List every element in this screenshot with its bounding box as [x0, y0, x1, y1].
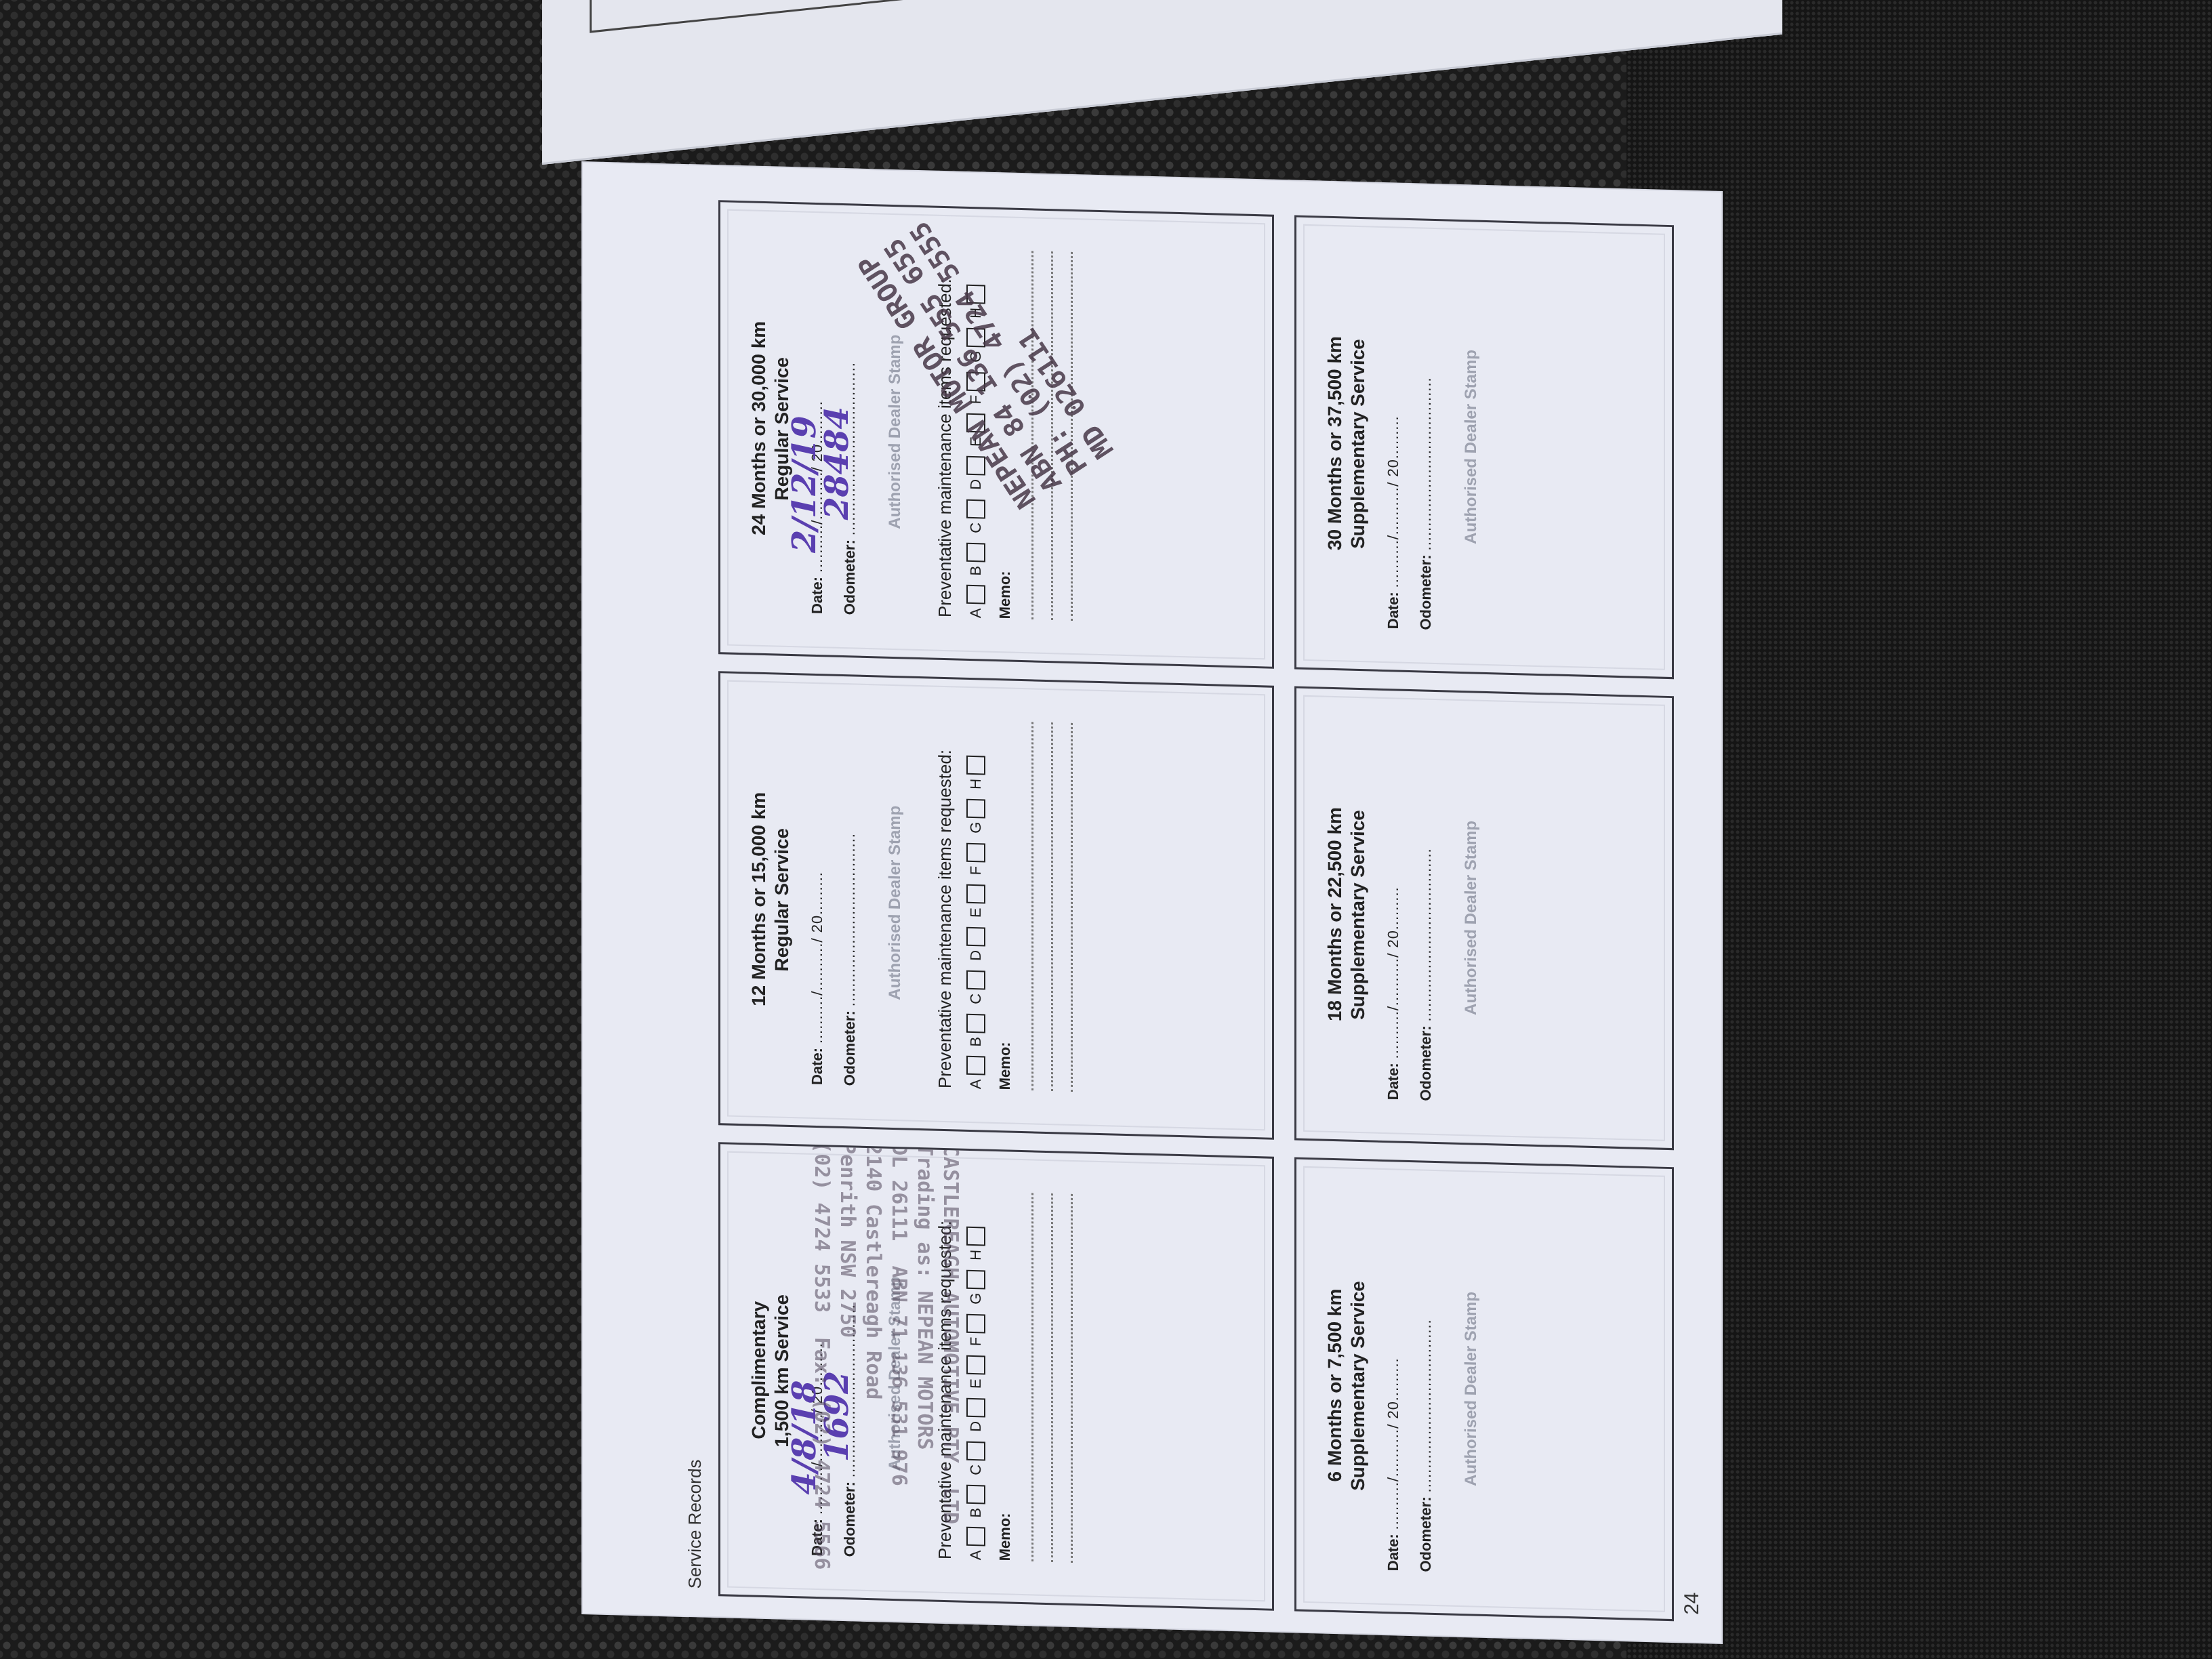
- checkbox-a[interactable]: [966, 1527, 985, 1547]
- pm-item-label: G: [967, 350, 985, 363]
- date-field[interactable]: Date: ........../........../ 20.........: [1385, 691, 1402, 1101]
- checkbox-e[interactable]: [966, 1355, 985, 1375]
- pm-item-label: C: [967, 523, 985, 534]
- odometer-blank: ....................................: [841, 833, 858, 1007]
- date-label: Date:: [1385, 588, 1401, 630]
- service-card-12-months: 12 Months or 15,000 kmRegular ServiceDat…: [718, 671, 1274, 1139]
- pm-checkboxes: ABCDEFGH: [966, 680, 985, 1090]
- pm-item-label: D: [967, 479, 985, 491]
- pm-item-label: H: [967, 779, 985, 790]
- service-card-6-months: 6 Months or 7,500 kmSupplementary Servic…: [1294, 1157, 1674, 1621]
- pm-item-label: A: [967, 1079, 985, 1089]
- checkbox-h[interactable]: [966, 285, 985, 304]
- memo-line[interactable]: [1071, 252, 1073, 621]
- pm-item-label: A: [967, 608, 985, 618]
- previous-page-box: [590, 0, 1610, 33]
- memo-label: Memo:: [996, 680, 1014, 1090]
- pm-item-label: F: [967, 1337, 985, 1347]
- date-label: Date:: [808, 573, 825, 615]
- pm-item-label: F: [967, 866, 985, 876]
- odometer-label: Odometer:: [841, 1006, 858, 1086]
- checkbox-e[interactable]: [966, 884, 985, 904]
- dealer-stamp-label: Authorised Dealer Stamp: [1462, 693, 1481, 1143]
- checkbox-g[interactable]: [966, 1269, 985, 1289]
- service-title-line1: 12 Months or 15,000 km: [747, 674, 771, 1124]
- memo-label: Memo:: [996, 1151, 1014, 1561]
- service-title-line1: 30 Months or 37,500 km: [1324, 218, 1347, 669]
- service-title-line2: Supplementary Service: [1347, 219, 1370, 670]
- checkbox-f[interactable]: [966, 372, 985, 392]
- checkbox-h[interactable]: [966, 1227, 985, 1246]
- checkbox-b[interactable]: [966, 1484, 985, 1504]
- odometer-field[interactable]: Odometer: ..............................…: [1417, 220, 1435, 630]
- pm-checkboxes: ABCDEFGH: [966, 1151, 985, 1561]
- date-label: Date:: [1385, 1530, 1401, 1572]
- service-card-24-months: 24 Months or 30,000 kmRegular ServiceDat…: [718, 200, 1274, 668]
- pm-label: Preventative maintenance items requested…: [935, 208, 956, 618]
- checkbox-g[interactable]: [966, 798, 985, 818]
- checkbox-c[interactable]: [966, 1441, 985, 1461]
- pm-item-label: E: [967, 1378, 985, 1389]
- service-title-line1: 18 Months or 22,500 km: [1324, 689, 1347, 1140]
- memo-line[interactable]: [1071, 1194, 1073, 1563]
- handwritten-odometer: 28484: [818, 406, 856, 520]
- pm-item-label: B: [967, 565, 985, 575]
- checkbox-a[interactable]: [966, 1056, 985, 1076]
- pm-item-label: G: [967, 821, 985, 834]
- date-blank: ........../........../ 20.........: [1385, 1357, 1401, 1530]
- date-field[interactable]: Date: ........../........../ 20.........: [808, 676, 826, 1086]
- pm-item-label: D: [967, 950, 985, 962]
- service-title: 18 Months or 22,500 kmSupplementary Serv…: [1324, 689, 1370, 1141]
- memo-line[interactable]: [1051, 722, 1053, 1091]
- service-title-line2: 1,500 km Service: [771, 1145, 794, 1596]
- checkbox-d[interactable]: [966, 1398, 985, 1418]
- odometer-label: Odometer:: [1417, 1492, 1434, 1572]
- service-card-18-months: 18 Months or 22,500 kmSupplementary Serv…: [1294, 686, 1674, 1150]
- memo-line[interactable]: [1051, 251, 1053, 620]
- memo-line[interactable]: [1051, 1193, 1053, 1562]
- date-blank: ........../........../ 20.........: [1385, 886, 1401, 1059]
- pm-item-label: H: [967, 308, 985, 319]
- pm-item-label: D: [967, 1421, 985, 1433]
- checkbox-b[interactable]: [966, 1013, 985, 1033]
- pm-item-label: E: [967, 907, 985, 918]
- pm-item-label: C: [967, 994, 985, 1005]
- dealer-stamp-label: Authorised Dealer Stamp: [1462, 222, 1481, 672]
- handwritten-odometer: 1692: [818, 1370, 856, 1462]
- service-title: 30 Months or 37,500 kmSupplementary Serv…: [1324, 218, 1370, 670]
- memo-line[interactable]: [1031, 1193, 1033, 1561]
- memo-line[interactable]: [1031, 722, 1033, 1090]
- date-label: Date:: [808, 1515, 825, 1557]
- date-blank: ........../........../ 20.........: [1385, 415, 1401, 588]
- odometer-field[interactable]: Odometer: ..............................…: [1417, 691, 1435, 1101]
- pm-item-label: A: [967, 1550, 985, 1560]
- date-label: Date:: [808, 1044, 825, 1086]
- checkbox-c[interactable]: [966, 499, 985, 519]
- service-title-line2: Supplementary Service: [1347, 690, 1370, 1141]
- checkbox-e[interactable]: [966, 413, 985, 433]
- checkbox-g[interactable]: [966, 327, 985, 347]
- checkbox-f[interactable]: [966, 1314, 985, 1334]
- date-field[interactable]: Date: ........../........../ 20.........: [1385, 1162, 1402, 1572]
- dealer-stamp-label: Authorised Dealer Stamp: [1462, 1164, 1481, 1614]
- pm-label: Preventative maintenance items requested…: [935, 1150, 956, 1560]
- odometer-label: Odometer:: [1417, 550, 1434, 630]
- date-blank: ........../........../ 20.........: [808, 872, 825, 1044]
- section-title: Service Records: [684, 1459, 705, 1589]
- service-title-line2: Supplementary Service: [1347, 1161, 1370, 1612]
- checkbox-f[interactable]: [966, 843, 985, 863]
- checkbox-d[interactable]: [966, 456, 985, 476]
- pm-item-label: B: [967, 1507, 985, 1517]
- pm-item-label: H: [967, 1250, 985, 1261]
- dealer-stamp-label: Authorised Dealer Stamp: [886, 207, 905, 657]
- service-book-page: Service Records 24 Complimentary1,500 km…: [583, 163, 1721, 1643]
- pm-checkboxes: ABCDEFGH: [966, 209, 985, 619]
- service-title-line1: Complimentary: [747, 1145, 771, 1595]
- odometer-field[interactable]: Odometer: ..............................…: [841, 1147, 859, 1557]
- memo-line[interactable]: [1071, 723, 1073, 1092]
- pm-item-label: G: [967, 1292, 985, 1305]
- dealer-stamp-label: Authorised Dealer Stamp: [886, 1149, 905, 1599]
- memo-label: Memo:: [996, 209, 1014, 619]
- pm-label: Preventative maintenance items requested…: [935, 679, 956, 1089]
- pm-item-label: B: [967, 1036, 985, 1046]
- service-title-line1: 24 Months or 30,000 km: [747, 203, 771, 653]
- checkbox-h[interactable]: [966, 756, 985, 775]
- service-title: 6 Months or 7,500 kmSupplementary Servic…: [1324, 1160, 1370, 1612]
- checkbox-c[interactable]: [966, 970, 985, 990]
- odometer-field[interactable]: Odometer: ..............................…: [1417, 1162, 1435, 1572]
- pm-item-label: C: [967, 1465, 985, 1476]
- dealer-stamp-label: Authorised Dealer Stamp: [886, 678, 905, 1128]
- checkbox-d[interactable]: [966, 927, 985, 947]
- service-record-grid: Complimentary1,500 km ServiceDate: .....…: [718, 200, 1667, 1621]
- previous-page-fold: [542, 0, 1782, 165]
- odometer-field[interactable]: Odometer: ..............................…: [841, 205, 859, 615]
- memo-line[interactable]: [1031, 251, 1033, 619]
- checkbox-b[interactable]: [966, 542, 985, 562]
- pm-item-label: F: [967, 395, 985, 405]
- service-title: Complimentary1,500 km Service: [747, 1145, 794, 1596]
- odometer-field[interactable]: Odometer: ..............................…: [841, 676, 859, 1086]
- odometer-label: Odometer:: [841, 1477, 858, 1557]
- odometer-label: Odometer:: [1417, 1021, 1434, 1101]
- date-field[interactable]: Date: ........../........../ 20.........…: [808, 1147, 826, 1557]
- odometer-label: Odometer:: [841, 535, 858, 615]
- date-label: Date:: [1385, 1059, 1401, 1101]
- odometer-blank: ....................................: [1417, 377, 1434, 551]
- date-field[interactable]: Date: ........../........../ 20.........: [1385, 220, 1402, 630]
- service-title: 12 Months or 15,000 kmRegular Service: [747, 674, 794, 1125]
- page-number: 24: [1681, 1592, 1704, 1615]
- checkbox-a[interactable]: [966, 585, 985, 605]
- odometer-blank: ....................................: [1417, 1319, 1434, 1493]
- pm-item-label: E: [967, 436, 985, 447]
- service-card-30-months: 30 Months or 37,500 kmSupplementary Serv…: [1294, 215, 1674, 679]
- service-card-complimentary: Complimentary1,500 km ServiceDate: .....…: [718, 1142, 1274, 1610]
- service-title-line1: 6 Months or 7,500 km: [1324, 1160, 1347, 1611]
- odometer-blank: ....................................: [1417, 848, 1434, 1022]
- service-title-line2: Regular Service: [771, 674, 794, 1125]
